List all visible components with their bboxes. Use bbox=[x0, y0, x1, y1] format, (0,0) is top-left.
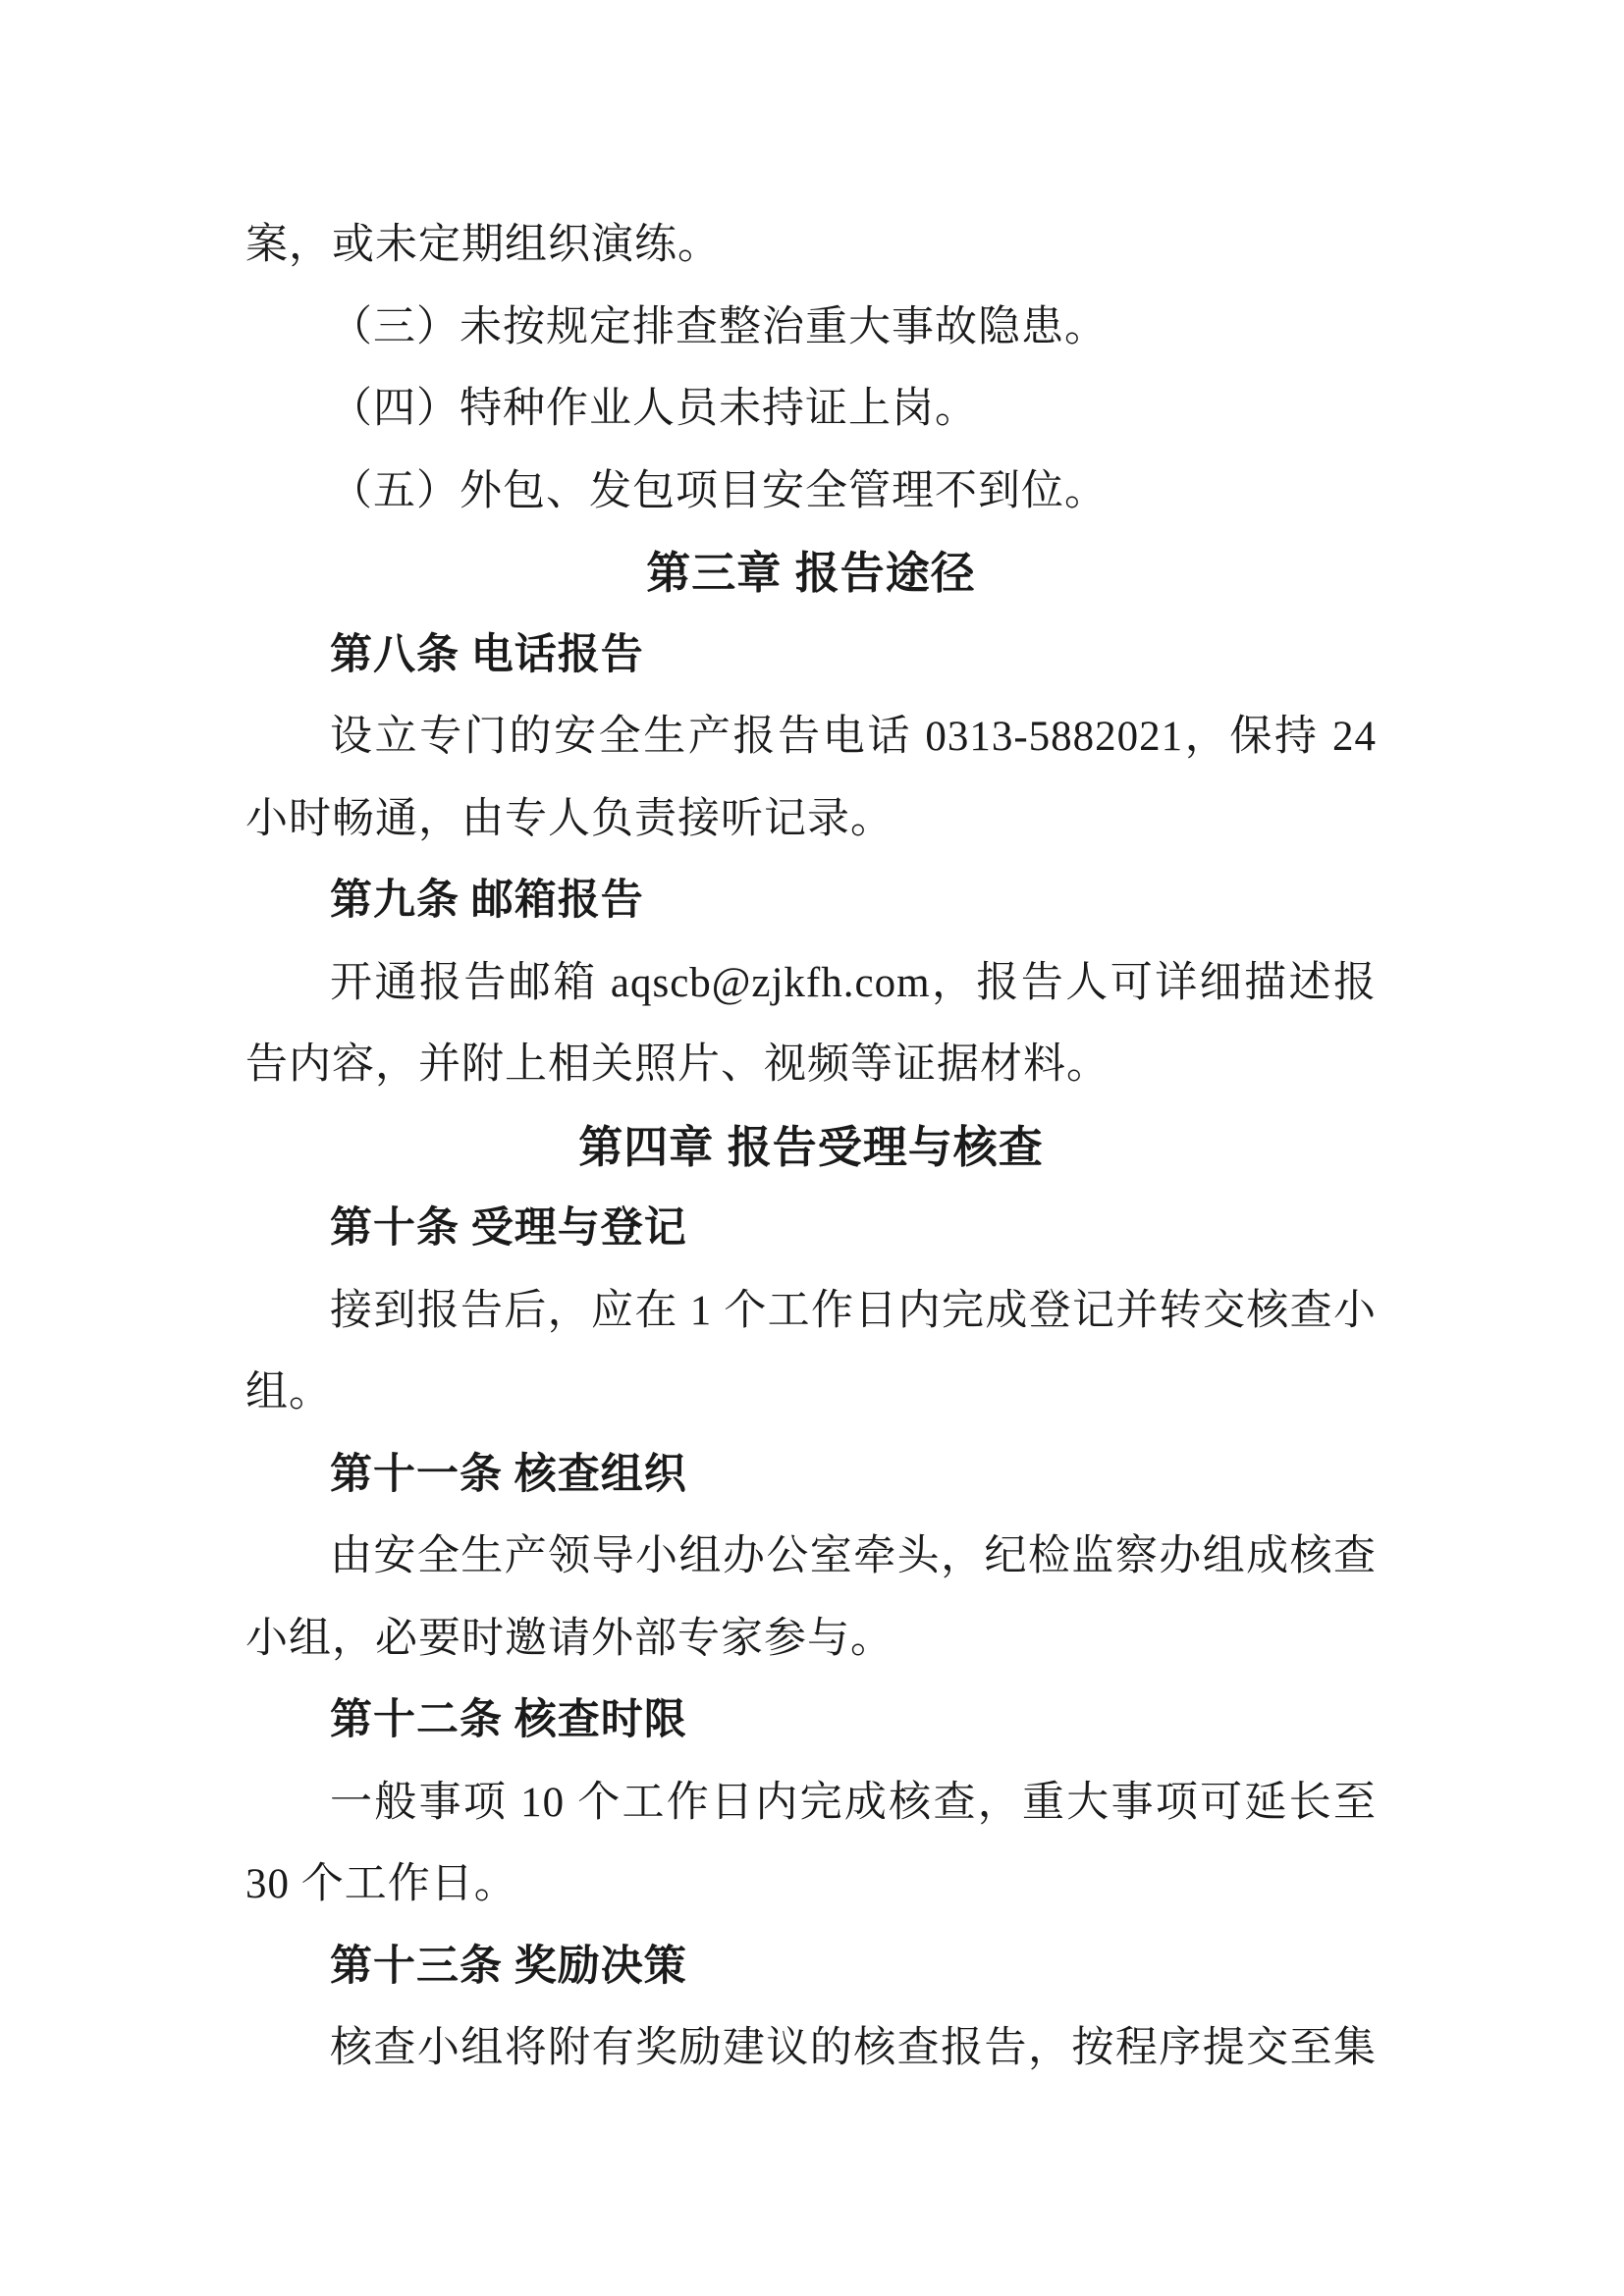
text-line: 小时畅通，由专人负责接听记录。 bbox=[245, 778, 1377, 861]
text-line: 接到报告后，应在 1 个工作日内完成登记并转交核查小 bbox=[245, 1270, 1377, 1353]
text-line: 小组，必要时邀请外部专家参与。 bbox=[245, 1598, 1377, 1681]
list-item: （五）外包、发包项目安全管理不到位。 bbox=[245, 451, 1377, 533]
article-heading: 第十二条 核查时限 bbox=[245, 1680, 1377, 1762]
article-heading: 第九条 邮箱报告 bbox=[245, 860, 1377, 942]
text-line: 开通报告邮箱 aqscb@zjkfh.com，报告人可详细描述报 bbox=[245, 942, 1377, 1025]
text-line: 30 个工作日。 bbox=[245, 1843, 1377, 1926]
article-heading: 第十一条 核查组织 bbox=[245, 1434, 1377, 1517]
article-heading: 第十条 受理与登记 bbox=[245, 1188, 1377, 1270]
text-line: 由安全生产领导小组办公室牵头，纪检监察办组成核查 bbox=[245, 1516, 1377, 1598]
text-line: 设立专门的安全生产报告电话 0313-5882021，保持 24 bbox=[245, 696, 1377, 778]
text-line: 告内容，并附上相关照片、视频等证据材料。 bbox=[245, 1024, 1377, 1106]
list-item: （四）特种作业人员未持证上岗。 bbox=[245, 368, 1377, 451]
chapter-heading: 第四章 报告受理与核查 bbox=[245, 1106, 1377, 1189]
text-line: 核查小组将附有奖励建议的核查报告，按程序提交至集 bbox=[245, 2007, 1377, 2090]
chapter-heading: 第三章 报告途径 bbox=[245, 532, 1377, 614]
article-heading: 第十三条 奖励决策 bbox=[245, 1926, 1377, 2008]
article-heading: 第八条 电话报告 bbox=[245, 614, 1377, 697]
text-line: 一般事项 10 个工作日内完成核查，重大事项可延长至 bbox=[245, 1762, 1377, 1844]
text-line: 组。 bbox=[245, 1352, 1377, 1434]
list-item: （三）未按规定排查整治重大事故隐患。 bbox=[245, 287, 1377, 369]
document-page: 案，或未定期组织演练。 （三）未按规定排查整治重大事故隐患。 （四）特种作业人员… bbox=[0, 0, 1624, 2296]
text-line: 案，或未定期组织演练。 bbox=[245, 204, 1377, 287]
document-content: 案，或未定期组织演练。 （三）未按规定排查整治重大事故隐患。 （四）特种作业人员… bbox=[245, 204, 1377, 2090]
